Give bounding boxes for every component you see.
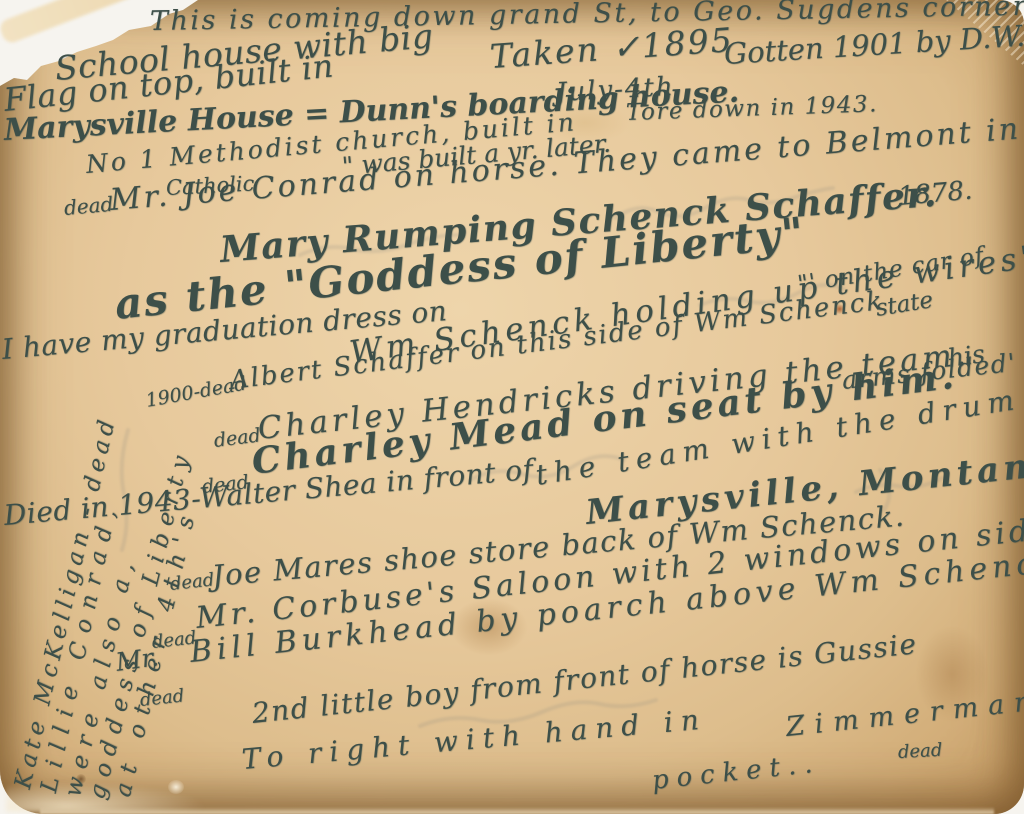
worn-bottom-rim — [40, 807, 994, 814]
note-dead-marker: dead — [898, 742, 943, 762]
note-dead-marker: dead — [63, 194, 114, 218]
scanned-photo-back: This is coming down grand St, to Geo. Su… — [0, 0, 1024, 814]
